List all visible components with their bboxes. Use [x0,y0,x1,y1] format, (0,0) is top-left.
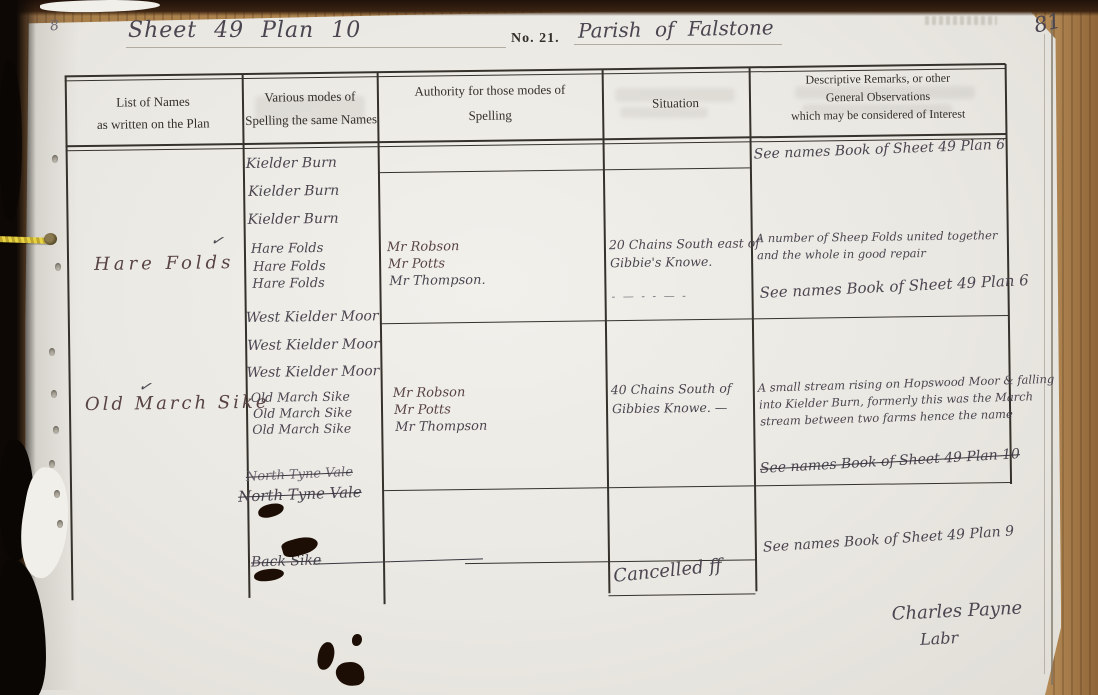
situation-dashes: - — - - — - [611,289,688,303]
row-rule [378,167,750,173]
spelling-entry: Hare Folds [251,241,324,257]
col-spelling-heading-line: Spelling the same Names [245,111,375,129]
strike-line [313,558,483,564]
authority-entry: Mr Thompson [395,419,487,435]
col-names-heading-line: List of Names [77,93,229,111]
authority-entry: Mr Robson [387,239,460,255]
name-entry: Hare Folds [94,252,235,275]
authority-entry: Mr Thompson. [389,273,485,289]
remark-reference: See names Book of Sheet 49 Plan 6 [759,271,1029,302]
cancelled-spelling-entry: North Tyne Vale [246,465,354,485]
row-rule [608,593,755,596]
spelling-entry: Kielder Burn [246,155,337,172]
remark-line: and the whole in good repair [757,246,926,262]
check-mark: ✓ [209,230,225,250]
cancelled-spelling-entry: North Tyne Vale [238,483,362,506]
spelling-entry: Hare Folds [253,259,326,275]
authority-entry: Mr Robson [393,385,466,401]
spelling-entry: West Kielder Moor [246,308,379,326]
situation-entry-line: Gibbie's Knowe. [610,254,712,270]
col-authority-heading-line: Authority for those modes of [381,81,599,100]
remark-line: A number of Sheep Folds united together [756,228,998,245]
col-authority-heading-line: Spelling [381,106,599,125]
col-names-heading-line: as written on the Plan [77,115,229,133]
column-divider [602,69,611,593]
spelling-entry: Old March Sike [253,405,352,421]
remark-reference: See names Book of Sheet 49 Plan 9 [763,523,1015,555]
situation-entry-line: 40 Chains South of [611,381,732,398]
spelling-entry: Kielder Burn [247,211,338,228]
name-entry: Old March Sike [85,392,270,415]
situation-entry-line: 20 Chains South east of [609,235,760,252]
column-divider [242,74,251,598]
cancelled-note: Cancelled ff [612,555,723,587]
row-rule [380,315,1009,325]
col-remarks-heading-line: which may be considered of Interest [753,106,1003,124]
authority-entry: Mr Potts [394,402,451,418]
spelling-entry: Old March Sike [251,389,350,405]
col-spelling-heading-line: Various modes of [245,88,375,106]
col-remarks-heading-line: Descriptive Remarks, or other [753,70,1003,88]
col-remarks-heading-line: General Observations [753,88,1003,106]
authority-entry: Mr Potts [388,256,445,272]
spelling-entry: West Kielder Moor [247,336,380,354]
row-rule [384,482,1011,492]
col-situation-heading: Situation [605,94,746,112]
record-table: List of Names as written on the Plan Var… [0,0,1098,695]
signature-name: Charles Payne [891,598,1022,625]
cancelled-remark-reference: See names Book of Sheet 49 Plan 10 [760,446,1021,477]
spelling-entry: Kielder Burn [248,183,339,200]
scanned-name-book-page: 8 Sheet 49 Plan 10 No. 21. Parish of Fal… [0,0,1098,695]
column-divider [65,76,74,600]
spelling-entry: Old March Sike [252,421,351,437]
spelling-entry: West Kielder Moor [246,363,379,381]
spelling-entry: Hare Folds [252,276,325,292]
situation-entry-line: Gibbies Knowe. — [612,400,727,417]
signature-title: Labr [920,628,959,649]
